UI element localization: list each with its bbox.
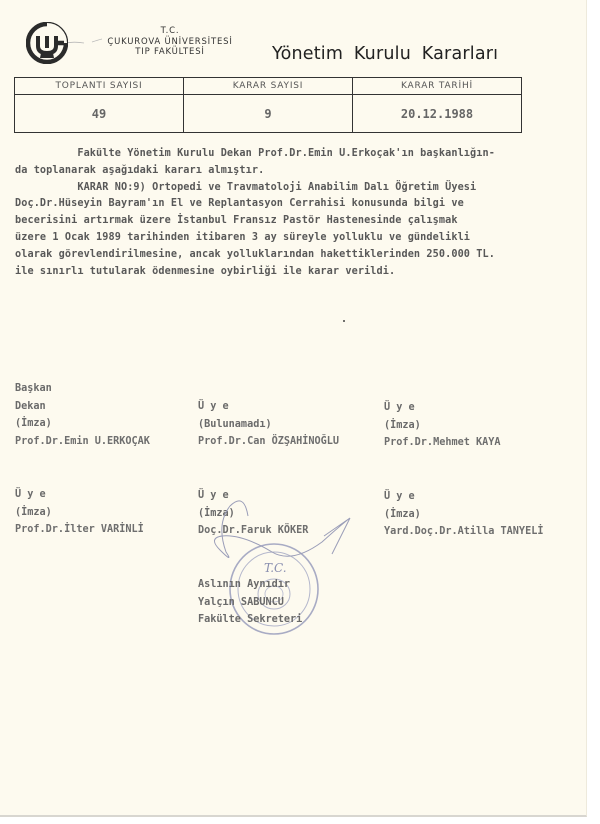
signatory-name: Prof.Dr.Can ÖZŞAHİNOĞLU [198,433,339,451]
meta-header-row: TOPLANTI SAYISI KARAR SAYISI KARAR TARİH… [15,78,522,95]
signatory-name: Prof.Dr.İlter VARİNLİ [15,521,144,539]
meta-value-row: 49 9 20.12.1988 [15,95,522,133]
signatory-member-2: Ü y e(İmza)Prof.Dr.Mehmet KAYA [384,399,501,452]
decision-date-value: 20.12.1988 [353,95,522,133]
decision-number-value: 9 [184,95,353,133]
certification-block: Aslının AynıdırYalçın SABUNCUFakülte Sek… [198,576,302,629]
decision-number-label: KARAR SAYISI [184,78,353,95]
svg-text:T.C.: T.C. [264,561,287,575]
secretary-title: Fakülte Sekreteri [198,611,302,629]
certified-copy-note: Aslının Aynıdır [198,576,302,594]
signatory-title: Dekan [15,398,150,416]
signatory-role: Ü y e [384,488,543,506]
signatory-status: (İmza) [384,506,543,524]
signatory-member-3: Ü y e(İmza)Prof.Dr.İlter VARİNLİ [15,486,144,539]
institution-header: T.C. ÇUKUROVA ÜNİVERSİTESİ TIP FAKÜLTESİ [100,26,240,58]
ink-speck [343,320,345,322]
signatory-status: (Bulunamadı) [198,416,339,434]
body-line: becerisini artırmak üzere İstanbul Frans… [15,213,575,230]
decision-date-label: KARAR TARİHİ [353,78,522,95]
decision-meta-table: TOPLANTI SAYISI KARAR SAYISI KARAR TARİH… [14,77,522,133]
meeting-number-label: TOPLANTI SAYISI [15,78,184,95]
body-line: KARAR NO:9) Ortopedi ve Travmatoloji Ana… [15,180,575,197]
signatory-name: Yard.Doç.Dr.Atilla TANYELİ [384,523,543,541]
body-line: Doç.Dr.Hüseyin Bayram'ın El ve Replantas… [15,196,575,213]
body-line: da toplanarak aşağıdaki kararı almıştır. [15,163,575,180]
body-line: olarak görevlendirilmesine, ancak yolluk… [15,247,575,264]
secretary-name: Yalçın SABUNCU [198,594,302,612]
body-line: ile sınırlı tutularak ödenmesine oybirli… [15,264,575,281]
signatory-member-5: Ü y e(İmza)Yard.Doç.Dr.Atilla TANYELİ [384,488,543,541]
signatory-status: (İmza) [15,415,150,433]
signatory-status: (İmza) [15,504,144,522]
signatory-role: Ü y e [198,398,339,416]
signatory-role: Ü y e [384,399,501,417]
meeting-number-value: 49 [15,95,184,133]
document-title: Yönetim Kurulu Kararları [272,44,498,64]
signatory-status: (İmza) [384,417,501,435]
signatory-name: Prof.Dr.Mehmet KAYA [384,434,501,452]
institution-line-university: ÇUKUROVA ÜNİVERSİTESİ [100,37,240,48]
signatory-name: Prof.Dr.Emin U.ERKOÇAK [15,433,150,451]
signatory-chair: BaşkanDekan(İmza)Prof.Dr.Emin U.ERKOÇAK [15,380,150,450]
institution-line-faculty: TIP FAKÜLTESİ [100,47,240,58]
body-line: Fakülte Yönetim Kurulu Dekan Prof.Dr.Emi… [15,146,575,163]
document-page: T.C. ÇUKUROVA ÜNİVERSİTESİ TIP FAKÜLTESİ… [0,0,587,817]
signatory-member-1: Ü y e(Bulunamadı)Prof.Dr.Can ÖZŞAHİNOĞLU [198,398,339,451]
signatory-role: Başkan [15,380,150,398]
signatory-role: Ü y e [15,486,144,504]
body-line: üzere 1 Ocak 1989 tarihinden itibaren 3 … [15,230,575,247]
cukurova-university-logo-icon [26,22,68,64]
institution-line-country: T.C. [100,26,240,37]
decision-body: Fakülte Yönetim Kurulu Dekan Prof.Dr.Emi… [15,146,575,280]
